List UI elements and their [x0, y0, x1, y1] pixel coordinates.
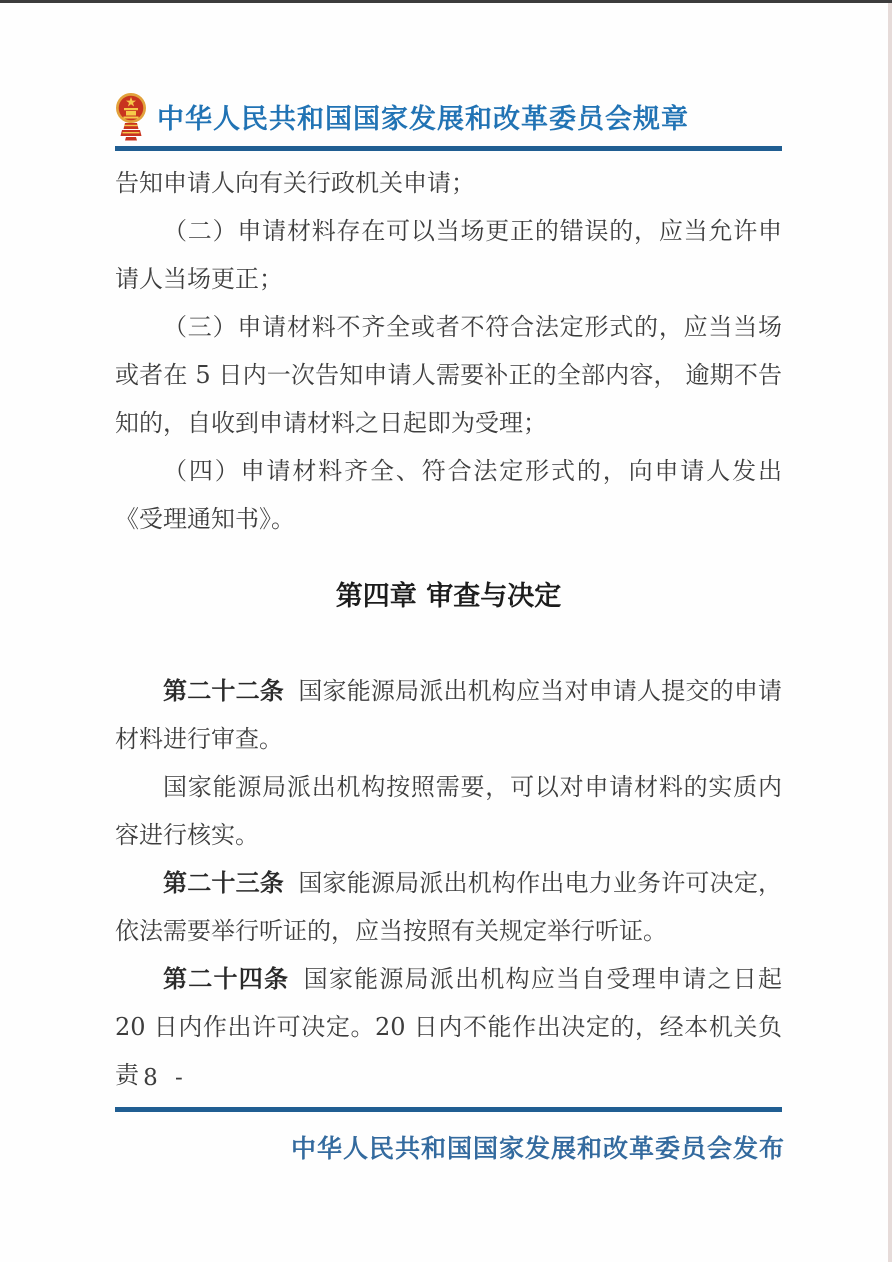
paragraph-item-4: （四）申请材料齐全、符合法定形式的，向申请人发出《受理通知书》。	[115, 447, 782, 543]
document-page: 中华人民共和国国家发展和改革委员会规章 告知申请人向有关行政机关申请； （二）申…	[0, 0, 892, 1262]
article-22-number: 第二十二条	[163, 677, 284, 705]
paragraph-item-3: （三）申请材料不齐全或者不符合法定形式的，应当当场或者在 5 日内一次告知申请人…	[115, 303, 782, 447]
article-22: 第二十二条国家能源局派出机构应当对申请人提交的申请材料进行审查。	[115, 667, 782, 763]
document-series-title: 中华人民共和国国家发展和改革委员会规章	[157, 97, 689, 136]
article-23-number: 第二十三条	[163, 869, 284, 897]
page-number: - 8 -	[118, 1065, 188, 1091]
document-body: 告知申请人向有关行政机关申请； （二）申请材料存在可以当场更正的错误的，应当允许…	[115, 159, 782, 1099]
article-22-paragraph-2: 国家能源局派出机构按照需要，可以对申请材料的实质内容进行核实。	[115, 763, 782, 859]
article-24-number: 第二十四条	[163, 965, 289, 993]
paragraph-item-2: （二）申请材料存在可以当场更正的错误的，应当允许申请人当场更正；	[115, 207, 782, 303]
article-23: 第二十三条国家能源局派出机构作出电力业务许可决定，依法需要举行听证的，应当按照有…	[115, 859, 782, 955]
paragraph-continuation: 告知申请人向有关行政机关申请；	[115, 159, 782, 207]
publisher-line: 中华人民共和国国家发展和改革委员会发布	[115, 1129, 785, 1165]
chapter-heading: 第四章 审查与决定	[115, 573, 782, 621]
china-national-emblem-icon	[115, 91, 147, 141]
header-row: 中华人民共和国国家发展和改革委员会规章	[115, 91, 782, 141]
header-rule-line	[115, 146, 782, 151]
scan-edge-shadow	[888, 3, 892, 1262]
page-header: 中华人民共和国国家发展和改革委员会规章	[115, 91, 782, 151]
article-24: 第二十四条国家能源局派出机构应当自受理申请之日起 20 日内作出许可决定。20 …	[115, 955, 782, 1099]
footer-rule-line	[115, 1107, 782, 1112]
